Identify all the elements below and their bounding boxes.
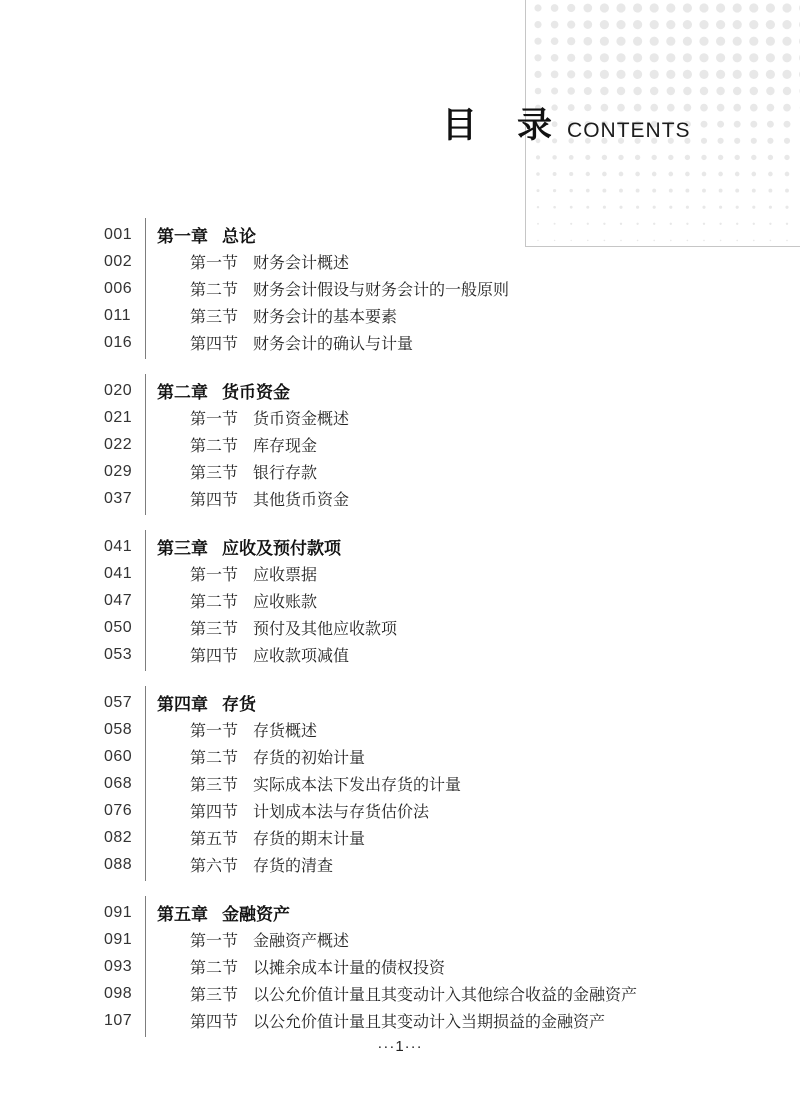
toc-page: 目 录 CONTENTS 001第一章总论002第一节财务会计概述006第二节财… bbox=[0, 0, 800, 1114]
section-title: 第一节存货概述 bbox=[190, 718, 317, 741]
page-title: 目 录 CONTENTS bbox=[442, 98, 691, 148]
section-label: 第二节 bbox=[190, 594, 238, 611]
section-title: 第三节以公允价值计量且其变动计入其他综合收益的金融资产 bbox=[190, 982, 637, 1005]
section-label: 第四节 bbox=[190, 648, 238, 665]
section-entry: 041第一节应收票据 bbox=[0, 560, 800, 587]
section-title-text: 应收款项减值 bbox=[253, 648, 349, 665]
chapter-divider-line bbox=[145, 374, 146, 515]
chapter-title-text: 金融资产 bbox=[222, 905, 290, 924]
section-label: 第一节 bbox=[190, 723, 238, 740]
chapter-group: 057第四章存货058第一节存货概述060第二节存货的初始计量068第三节实际成… bbox=[0, 689, 800, 878]
section-title: 第四节其他货币资金 bbox=[190, 487, 349, 510]
section-label: 第三节 bbox=[190, 309, 238, 326]
chapter-title-text: 总论 bbox=[222, 227, 256, 246]
section-title: 第一节金融资产概述 bbox=[190, 928, 349, 951]
section-entry: 029第三节银行存款 bbox=[0, 458, 800, 485]
section-page-number: 088 bbox=[104, 856, 145, 874]
chapter-entry: 057第四章存货 bbox=[0, 689, 800, 716]
section-title: 第二节库存现金 bbox=[190, 433, 317, 456]
section-title: 第一节货币资金概述 bbox=[190, 406, 349, 429]
chapter-entry: 041第三章应收及预付款项 bbox=[0, 533, 800, 560]
section-title-text: 财务会计的确认与计量 bbox=[253, 336, 413, 353]
section-title-text: 以公允价值计量且其变动计入当期损益的金融资产 bbox=[253, 1014, 605, 1031]
section-page-number: 002 bbox=[104, 253, 145, 271]
chapter-label: 第三章 bbox=[157, 539, 208, 558]
section-title-text: 存货的期末计量 bbox=[253, 831, 365, 848]
section-entry: 011第三节财务会计的基本要素 bbox=[0, 302, 800, 329]
section-page-number: 022 bbox=[104, 436, 145, 454]
section-title: 第一节财务会计概述 bbox=[190, 250, 349, 273]
section-title: 第三节财务会计的基本要素 bbox=[190, 304, 397, 327]
chapter-entry: 020第二章货币资金 bbox=[0, 377, 800, 404]
section-title: 第三节预付及其他应收款项 bbox=[190, 616, 397, 639]
chapter-page-number: 041 bbox=[104, 538, 145, 556]
section-title-text: 财务会计假设与财务会计的一般原则 bbox=[253, 282, 509, 299]
section-title: 第四节应收款项减值 bbox=[190, 643, 349, 666]
section-title: 第二节以摊余成本计量的债权投资 bbox=[190, 955, 445, 978]
section-title: 第四节财务会计的确认与计量 bbox=[190, 331, 413, 354]
section-label: 第四节 bbox=[190, 336, 238, 353]
section-title-text: 以摊余成本计量的债权投资 bbox=[253, 960, 445, 977]
section-title: 第五节存货的期末计量 bbox=[190, 826, 365, 849]
section-label: 第二节 bbox=[190, 750, 238, 767]
section-title: 第四节以公允价值计量且其变动计入当期损益的金融资产 bbox=[190, 1009, 605, 1032]
chapter-label: 第五章 bbox=[157, 905, 208, 924]
section-page-number: 058 bbox=[104, 721, 145, 739]
chapter-page-number: 001 bbox=[104, 226, 145, 244]
section-entry: 060第二节存货的初始计量 bbox=[0, 743, 800, 770]
section-entry: 107第四节以公允价值计量且其变动计入当期损益的金融资产 bbox=[0, 1007, 800, 1034]
chapter-title-text: 应收及预付款项 bbox=[222, 539, 341, 558]
section-title-text: 以公允价值计量且其变动计入其他综合收益的金融资产 bbox=[253, 987, 637, 1004]
section-label: 第三节 bbox=[190, 621, 238, 638]
section-page-number: 091 bbox=[104, 931, 145, 949]
section-title-text: 库存现金 bbox=[253, 438, 317, 455]
chapter-divider-line bbox=[145, 530, 146, 671]
title-cn-char-1: 目 bbox=[442, 98, 477, 148]
section-title-text: 金融资产概述 bbox=[253, 933, 349, 950]
section-entry: 098第三节以公允价值计量且其变动计入其他综合收益的金融资产 bbox=[0, 980, 800, 1007]
section-title: 第二节应收账款 bbox=[190, 589, 317, 612]
section-entry: 093第二节以摊余成本计量的债权投资 bbox=[0, 953, 800, 980]
section-entry: 082第五节存货的期末计量 bbox=[0, 824, 800, 851]
chapter-label: 第四章 bbox=[157, 695, 208, 714]
section-page-number: 060 bbox=[104, 748, 145, 766]
section-page-number: 050 bbox=[104, 619, 145, 637]
section-label: 第三节 bbox=[190, 987, 238, 1004]
section-entry: 006第二节财务会计假设与财务会计的一般原则 bbox=[0, 275, 800, 302]
section-page-number: 053 bbox=[104, 646, 145, 664]
section-entry: 002第一节财务会计概述 bbox=[0, 248, 800, 275]
section-page-number: 047 bbox=[104, 592, 145, 610]
section-page-number: 098 bbox=[104, 985, 145, 1003]
section-label: 第三节 bbox=[190, 465, 238, 482]
section-label: 第二节 bbox=[190, 282, 238, 299]
section-label: 第一节 bbox=[190, 255, 238, 272]
section-entry: 091第一节金融资产概述 bbox=[0, 926, 800, 953]
section-title-text: 其他货币资金 bbox=[253, 492, 349, 509]
section-title-text: 银行存款 bbox=[253, 465, 317, 482]
section-title: 第六节存货的清查 bbox=[190, 853, 333, 876]
section-label: 第六节 bbox=[190, 858, 238, 875]
chapter-title-text: 存货 bbox=[222, 695, 256, 714]
chapter-entry: 001第一章总论 bbox=[0, 221, 800, 248]
section-label: 第三节 bbox=[190, 777, 238, 794]
title-en: CONTENTS bbox=[567, 119, 691, 143]
table-of-contents: 001第一章总论002第一节财务会计概述006第二节财务会计假设与财务会计的一般… bbox=[0, 221, 800, 1055]
section-title: 第一节应收票据 bbox=[190, 562, 317, 585]
section-entry: 053第四节应收款项减值 bbox=[0, 641, 800, 668]
chapter-page-number: 091 bbox=[104, 904, 145, 922]
section-page-number: 029 bbox=[104, 463, 145, 481]
chapter-group: 001第一章总论002第一节财务会计概述006第二节财务会计假设与财务会计的一般… bbox=[0, 221, 800, 356]
chapter-group: 020第二章货币资金021第一节货币资金概述022第二节库存现金029第三节银行… bbox=[0, 377, 800, 512]
section-label: 第一节 bbox=[190, 933, 238, 950]
section-page-number: 006 bbox=[104, 280, 145, 298]
chapter-page-number: 057 bbox=[104, 694, 145, 712]
chapter-group: 041第三章应收及预付款项041第一节应收票据047第二节应收账款050第三节预… bbox=[0, 533, 800, 668]
section-title-text: 应收账款 bbox=[253, 594, 317, 611]
section-entry: 016第四节财务会计的确认与计量 bbox=[0, 329, 800, 356]
chapter-label: 第一章 bbox=[157, 227, 208, 246]
section-title: 第三节实际成本法下发出存货的计量 bbox=[190, 772, 461, 795]
chapter-title-text: 货币资金 bbox=[222, 383, 290, 402]
chapter-label: 第二章 bbox=[157, 383, 208, 402]
chapter-divider-line bbox=[145, 896, 146, 1037]
section-entry: 047第二节应收账款 bbox=[0, 587, 800, 614]
chapter-entry: 091第五章金融资产 bbox=[0, 899, 800, 926]
section-label: 第四节 bbox=[190, 804, 238, 821]
section-entry: 050第三节预付及其他应收款项 bbox=[0, 614, 800, 641]
section-entry: 037第四节其他货币资金 bbox=[0, 485, 800, 512]
section-title-text: 财务会计的基本要素 bbox=[253, 309, 397, 326]
section-title-text: 应收票据 bbox=[253, 567, 317, 584]
section-title-text: 存货的初始计量 bbox=[253, 750, 365, 767]
section-page-number: 037 bbox=[104, 490, 145, 508]
section-page-number: 021 bbox=[104, 409, 145, 427]
section-page-number: 016 bbox=[104, 334, 145, 352]
section-label: 第四节 bbox=[190, 1014, 238, 1031]
chapter-group: 091第五章金融资产091第一节金融资产概述093第二节以摊余成本计量的债权投资… bbox=[0, 899, 800, 1034]
chapter-title: 第五章金融资产 bbox=[157, 900, 290, 925]
section-page-number: 076 bbox=[104, 802, 145, 820]
chapter-title: 第四章存货 bbox=[157, 690, 256, 715]
section-label: 第一节 bbox=[190, 567, 238, 584]
section-label: 第二节 bbox=[190, 960, 238, 977]
section-title: 第四节计划成本法与存货估价法 bbox=[190, 799, 429, 822]
chapter-title: 第一章总论 bbox=[157, 222, 256, 247]
chapter-divider-line bbox=[145, 218, 146, 359]
section-page-number: 093 bbox=[104, 958, 145, 976]
section-entry: 088第六节存货的清查 bbox=[0, 851, 800, 878]
section-page-number: 082 bbox=[104, 829, 145, 847]
section-title: 第二节财务会计假设与财务会计的一般原则 bbox=[190, 277, 509, 300]
section-page-number: 041 bbox=[104, 565, 145, 583]
section-page-number: 107 bbox=[104, 1012, 145, 1030]
section-entry: 021第一节货币资金概述 bbox=[0, 404, 800, 431]
section-label: 第五节 bbox=[190, 831, 238, 848]
section-entry: 068第三节实际成本法下发出存货的计量 bbox=[0, 770, 800, 797]
chapter-title: 第三章应收及预付款项 bbox=[157, 534, 341, 559]
section-entry: 022第二节库存现金 bbox=[0, 431, 800, 458]
chapter-page-number: 020 bbox=[104, 382, 145, 400]
section-title-text: 预付及其他应收款项 bbox=[253, 621, 397, 638]
section-title: 第二节存货的初始计量 bbox=[190, 745, 365, 768]
section-page-number: 011 bbox=[104, 307, 145, 325]
section-title-text: 货币资金概述 bbox=[253, 411, 349, 428]
section-title-text: 财务会计概述 bbox=[253, 255, 349, 272]
section-page-number: 068 bbox=[104, 775, 145, 793]
section-title-text: 存货概述 bbox=[253, 723, 317, 740]
section-entry: 076第四节计划成本法与存货估价法 bbox=[0, 797, 800, 824]
section-title-text: 存货的清查 bbox=[253, 858, 333, 875]
section-entry: 058第一节存货概述 bbox=[0, 716, 800, 743]
section-label: 第四节 bbox=[190, 492, 238, 509]
section-title: 第三节银行存款 bbox=[190, 460, 317, 483]
section-title-text: 实际成本法下发出存货的计量 bbox=[253, 777, 461, 794]
section-label: 第一节 bbox=[190, 411, 238, 428]
section-title-text: 计划成本法与存货估价法 bbox=[253, 804, 429, 821]
chapter-divider-line bbox=[145, 686, 146, 881]
chapter-title: 第二章货币资金 bbox=[157, 378, 290, 403]
section-label: 第二节 bbox=[190, 438, 238, 455]
title-cn-char-2: 录 bbox=[517, 98, 552, 148]
